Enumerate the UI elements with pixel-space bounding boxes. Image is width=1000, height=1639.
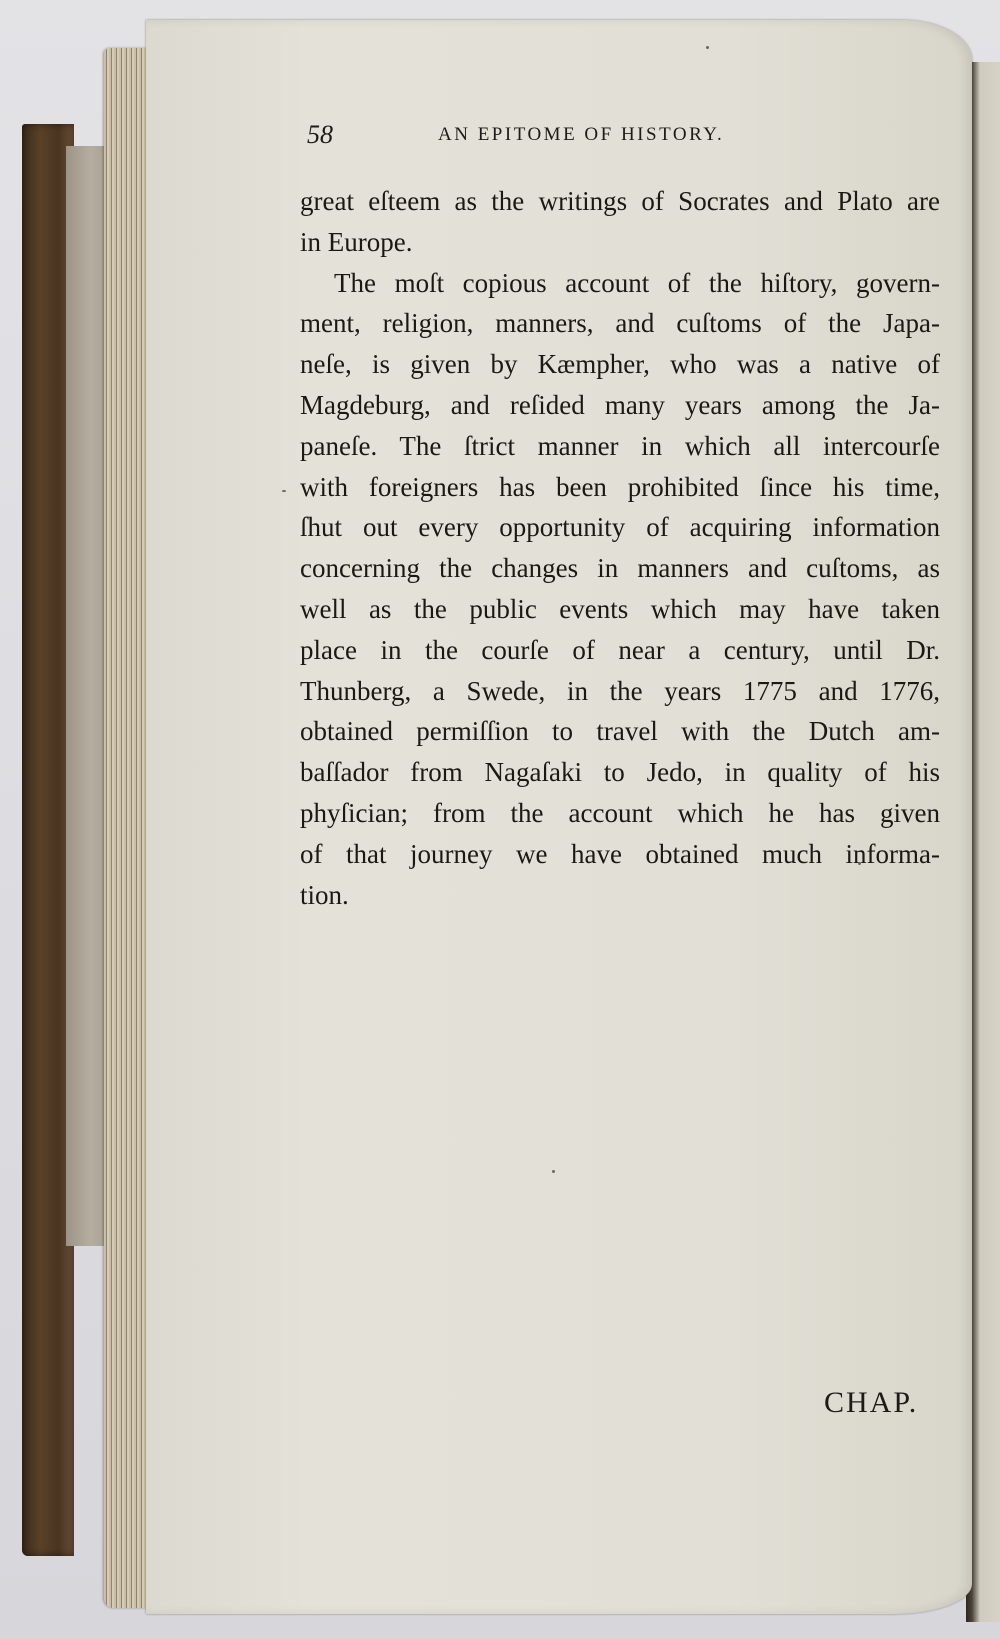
text-line: well as the public events which may have… [300,589,940,630]
body-text: great eſteem as the writings of Socrates… [300,181,940,915]
text-line: concerning the changes in manners and cu… [300,548,940,589]
text-line: obtained permiſſion to travel with the D… [300,711,940,752]
text-line: tion. [300,875,940,916]
text-line: paneſe. The ſtrict manner in which all i… [300,426,940,467]
catchword: CHAP. [824,1386,918,1420]
text-line: place in the courſe of near a century, u… [300,630,940,671]
text-line: Magdeburg, and reſided many years among … [300,385,940,426]
text-line: baſſador from Nagaſaki to Jedo, in quali… [300,752,940,793]
text-line: of that journey we have obtained much in… [300,834,940,875]
text-line: neſe, is given by Kæmpher, who was a nat… [300,344,940,385]
paper-speck [552,1170,555,1173]
text-line: great eſteem as the writings of Socrates… [300,181,940,222]
book-page: 58 AN EPITOME OF HISTORY. great eſteem a… [146,20,972,1614]
text-line: in Europe. [300,222,940,263]
paper-speck [858,862,861,865]
text-line: with foreigners has been prohibited ſinc… [300,467,940,508]
paper-speck [282,490,286,492]
page-block-edges [104,48,148,1608]
page-number: 58 [307,120,333,150]
text-line: phyſician; from the account which he has… [300,793,940,834]
running-head: AN EPITOME OF HISTORY. [438,124,724,146]
text-line: The moſt copious account of the hiſtory,… [300,263,940,304]
paper-speck [706,46,709,49]
inner-cover-board [66,146,106,1246]
text-line: ment, religion, manners, and cuſtoms of … [300,303,940,344]
text-line: ſhut out every opportunity of acquiring … [300,507,940,548]
text-line: Thunberg, a Swede, in the years 1775 and… [300,671,940,712]
